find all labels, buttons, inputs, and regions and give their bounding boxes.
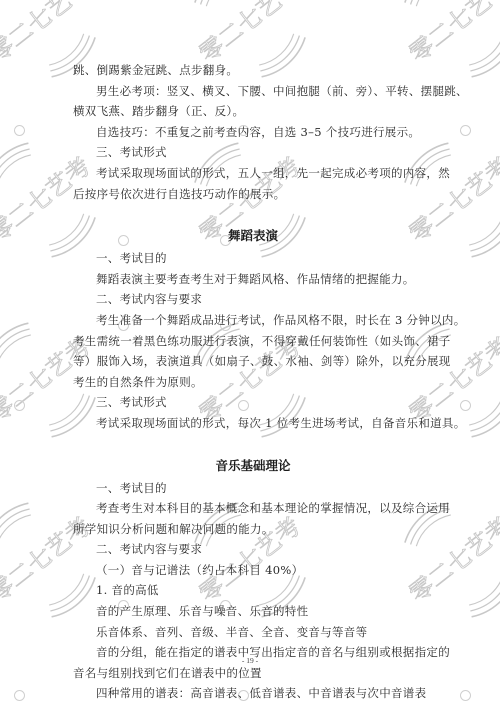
subheading: （一）音与记谱法（约占本科目 40%） <box>73 560 433 581</box>
text-line: 考生准备一个舞蹈成品进行考试，作品风格不限，时长在 3 分钟以内。 <box>73 310 433 331</box>
section-continued: 跳、倒踢紫金冠跳、点步翻身。 男生必考项：竖叉、横叉、下腰、中间抱腿（前、旁）、… <box>73 60 433 204</box>
text-line: 考试采取现场面试的形式，五人一组，先一起完成必考项的内容，然 <box>73 163 433 184</box>
text-line: 后按序号依次进行自选技巧动作的展示。 <box>73 184 433 205</box>
text-line: 考生需统一着黑色练功服进行表演，不得穿戴任何装饰性（如头饰、裙子 <box>73 331 433 352</box>
text-line: 横双飞燕、踏步翻身（正、反）。 <box>73 101 433 122</box>
subheading: 三、考试形式 <box>73 142 433 163</box>
text-line: 等）服饰入场，表演道具（如扇子、鼓、水袖、剑等）除外，以充分展现 <box>73 351 433 372</box>
subheading: 三、考试形式 <box>73 392 433 413</box>
subheading: 1. 音的高低 <box>73 580 433 601</box>
page-number: - 19 - <box>0 656 500 665</box>
subheading: 二、考试内容与要求 <box>73 289 433 310</box>
page-content: 跳、倒踢紫金冠跳、点步翻身。 男生必考项：竖叉、横叉、下腰、中间抱腿（前、旁）、… <box>73 60 433 704</box>
subheading: 一、考试目的 <box>73 478 433 499</box>
text-line: 乐音体系、音列、音级、半音、全音、变音与等音等 <box>73 622 433 643</box>
text-line: 音名与组别找到它们在谱表中的位置 <box>73 663 433 684</box>
text-line: 跳、倒踢紫金冠跳、点步翻身。 <box>73 60 433 81</box>
text-line: 舞蹈表演主要考查考生对于舞蹈风格、作品情绪的把握能力。 <box>73 269 433 290</box>
section-music-theory: 一、考试目的 考查考生对本科目的基本概念和基本理论的掌握情况，以及综合运用 所学… <box>73 478 433 705</box>
text-line: 考试采取现场面试的形式，每次 1 位考生进场考试，自备音乐和道具。 <box>73 413 433 434</box>
section-dance-performance: 一、考试目的 舞蹈表演主要考查考生对于舞蹈风格、作品情绪的把握能力。 二、考试内… <box>73 248 433 433</box>
text-line: 音的产生原理、乐音与噪音、乐音的特性 <box>73 601 433 622</box>
subheading: 二、考试内容与要求 <box>73 539 433 560</box>
text-line: 考查考生对本科目的基本概念和基本理论的掌握情况，以及综合运用 <box>73 498 433 519</box>
text-line: 自选技巧：不重复之前考查内容，自选 3–5 个技巧进行展示。 <box>73 122 433 143</box>
text-line: 四种常用的谱表：高音谱表、低音谱表、中音谱表与次中音谱表 <box>73 683 433 704</box>
section-title-dance-performance: 舞蹈表演 <box>73 226 433 246</box>
document-page: 跳、倒踢紫金冠跳、点步翻身。 男生必考项：竖叉、横叉、下腰、中间抱腿（前、旁）、… <box>0 0 500 707</box>
subheading: 一、考试目的 <box>73 248 433 269</box>
text-line: 考生的自然条件为原则。 <box>73 372 433 393</box>
section-title-music-theory: 音乐基础理论 <box>73 456 433 476</box>
text-line: 男生必考项：竖叉、横叉、下腰、中间抱腿（前、旁）、平转、摆腿跳、 <box>73 81 433 102</box>
text-line: 所学知识分析问题和解决问题的能力。 <box>73 519 433 540</box>
